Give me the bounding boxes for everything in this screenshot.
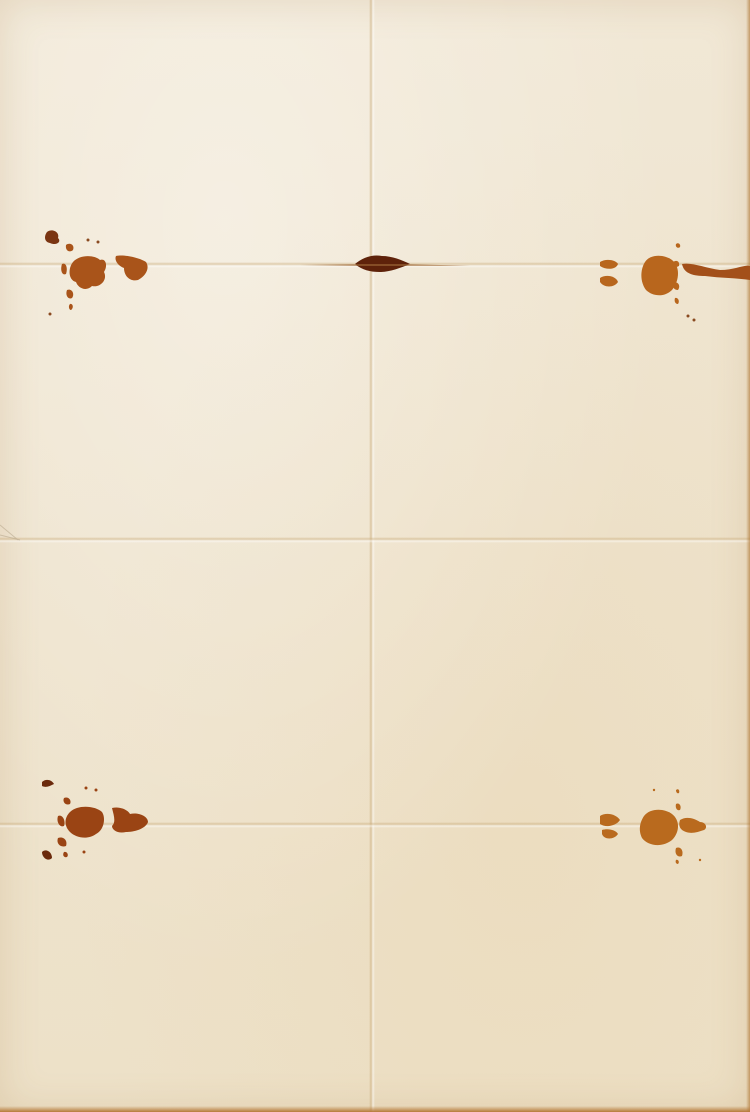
top-left-stain (45, 230, 148, 315)
top-right-stain (600, 243, 750, 321)
stain-layer (0, 0, 750, 1112)
top-center-stain (300, 255, 470, 272)
bottom-right-stain (600, 789, 706, 864)
bottom-left-stain (42, 780, 148, 860)
folded-paper-sheet (0, 0, 750, 1112)
crease-marks (0, 525, 20, 540)
